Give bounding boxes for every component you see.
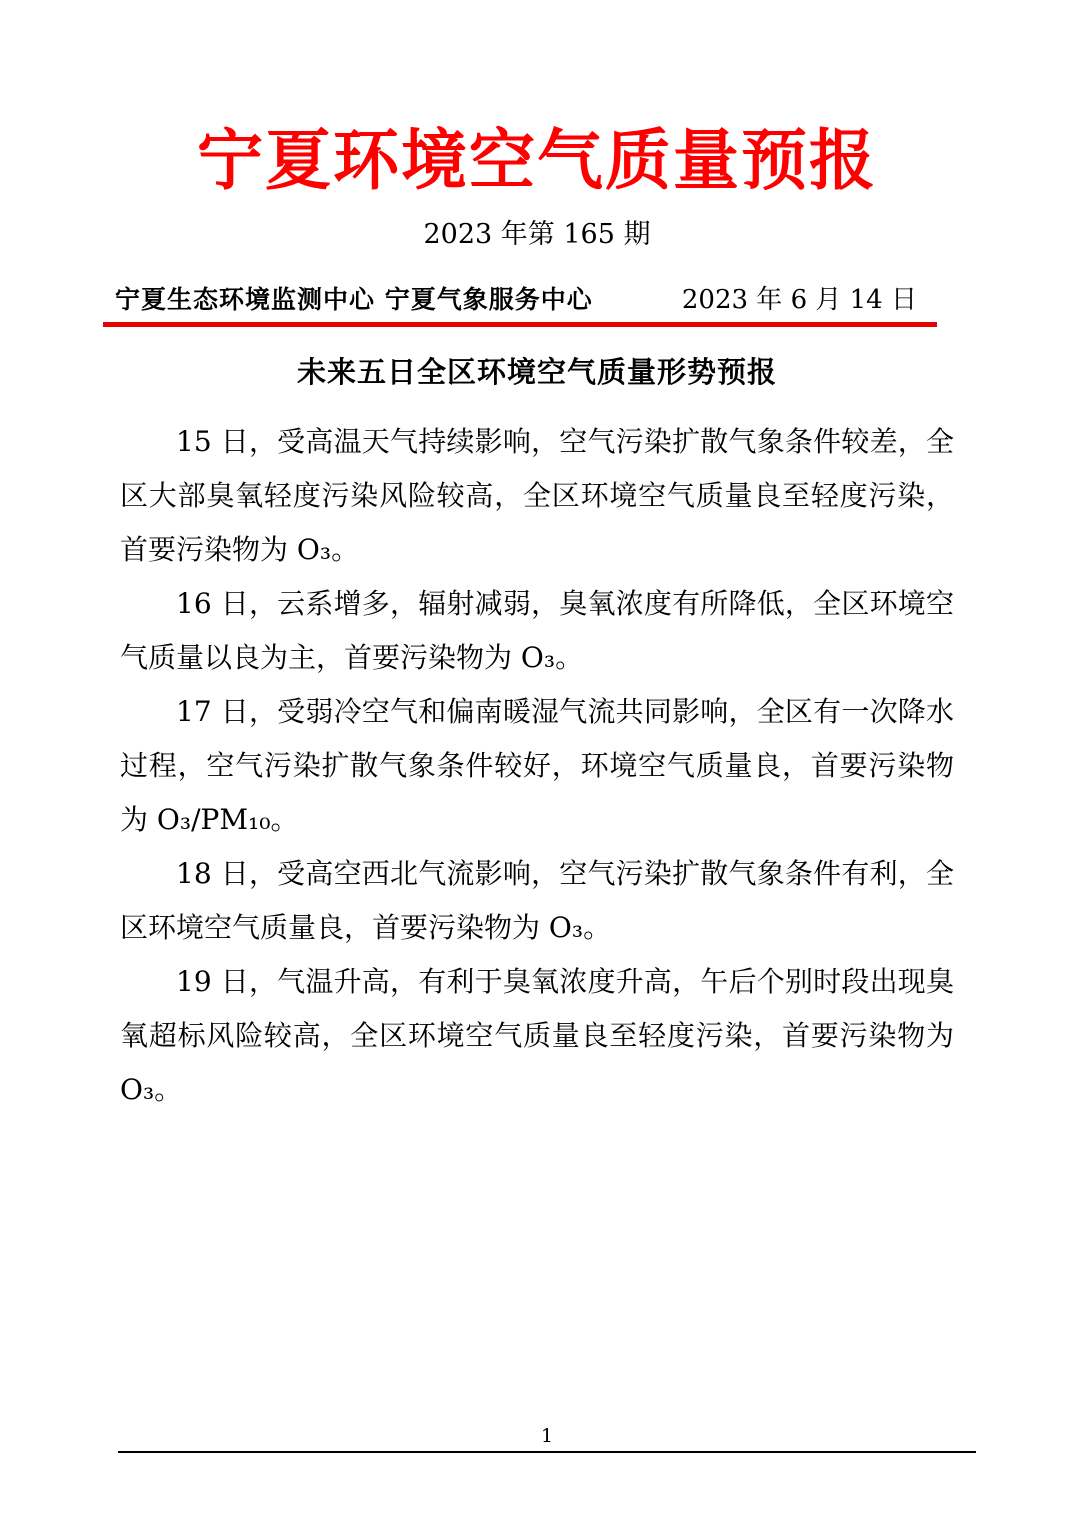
forecast-paragraph: 17 日，受弱冷空气和偏南暖湿气流共同影响，全区有一次降水过程，空气污染扩散气象… [120, 685, 954, 847]
footer-divider [118, 1451, 976, 1453]
doc-title: 宁夏环境空气质量预报 [0, 0, 1074, 197]
publisher-band: 宁夏生态环境监测中心 宁夏气象服务中心 2023 年 6 月 14 日 [103, 279, 937, 327]
document-page: 宁夏环境空气质量预报 2023 年第 165 期 宁夏生态环境监测中心 宁夏气象… [0, 0, 1074, 1520]
forecast-paragraph: 16 日，云系增多，辐射减弱，臭氧浓度有所降低，全区环境空气质量以良为主，首要污… [120, 577, 954, 685]
forecast-paragraph: 15 日，受高温天气持续影响，空气污染扩散气象条件较差，全区大部臭氧轻度污染风险… [120, 415, 954, 577]
forecast-paragraphs: 15 日，受高温天气持续影响，空气污染扩散气象条件较差，全区大部臭氧轻度污染风险… [120, 415, 954, 1117]
page-footer: 1 [118, 1424, 976, 1453]
publisher-names: 宁夏生态环境监测中心 宁夏气象服务中心 [115, 280, 593, 316]
issue-number: 2023 年第 165 期 [0, 219, 1074, 251]
page-number: 1 [118, 1424, 976, 1448]
section-heading: 未来五日全区环境空气质量形势预报 [0, 353, 1074, 391]
forecast-paragraph: 19 日，气温升高，有利于臭氧浓度升高，午后个别时段出现臭氧超标风险较高，全区环… [120, 955, 954, 1117]
forecast-paragraph: 18 日，受高空西北气流影响，空气污染扩散气象条件有利，全区环境空气质量良，首要… [120, 847, 954, 955]
publish-date: 2023 年 6 月 14 日 [682, 279, 917, 316]
